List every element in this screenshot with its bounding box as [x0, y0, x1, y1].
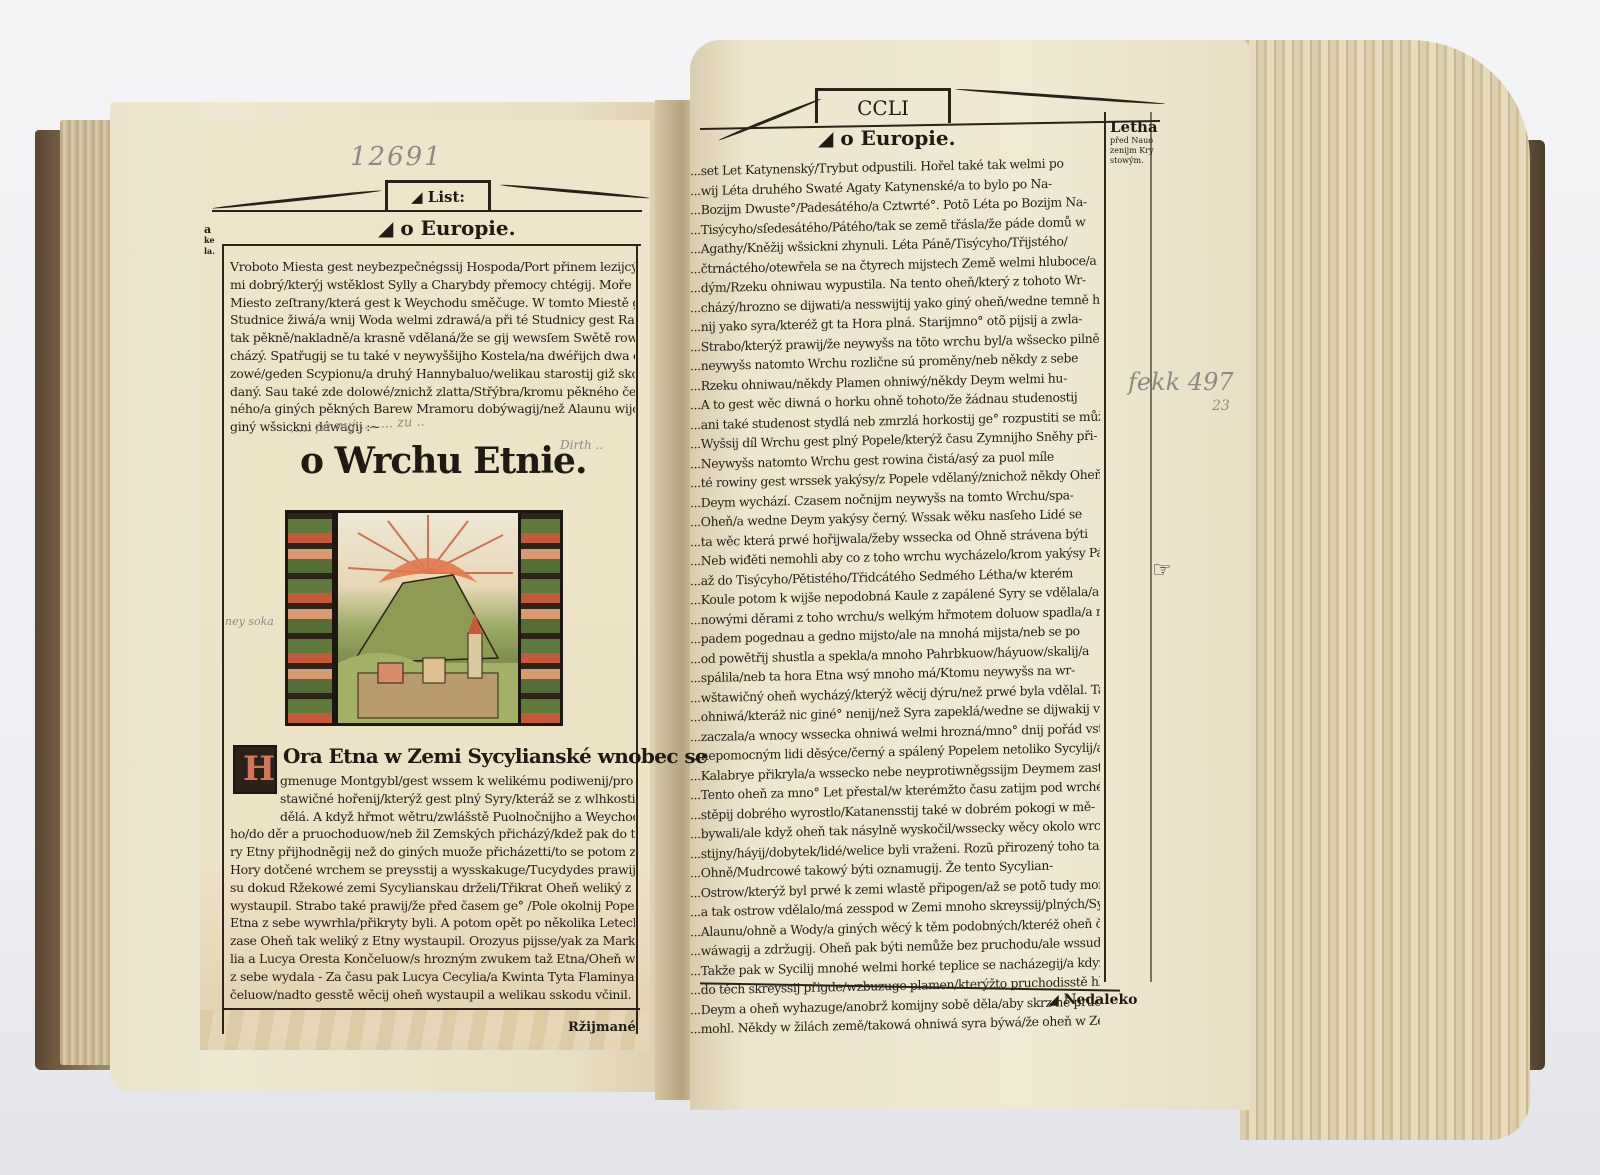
woodcut-etna-illustration	[335, 510, 521, 726]
chapter-text-block: gmenuge Montgybl/gest wssem k welikému p…	[230, 772, 635, 1003]
catchword-left: Ržijmané	[568, 1020, 636, 1035]
chapter-first-line: Ora Etna w Zemi Sycylianské wnobec se	[283, 744, 707, 768]
header-rule	[212, 210, 642, 212]
pencil-margin-note: fekk 497	[1128, 368, 1234, 396]
pencil-shelfmark: 12691	[350, 142, 443, 172]
pointing-hand-icon: ☞	[1152, 558, 1172, 583]
header-label: List:	[428, 188, 465, 206]
right-text-block: ...set Let Katynenský/Trybut odpustili. …	[690, 153, 1100, 1039]
margin-fragment: akela.	[204, 224, 215, 257]
folio-number: CCLI	[857, 96, 909, 120]
paragraph-mark-icon: ◢	[1048, 992, 1059, 1008]
page-edges-right	[1240, 40, 1530, 1140]
text-bottom-rule	[222, 1008, 640, 1010]
ornamental-border-left	[285, 510, 335, 726]
marginal-note: Letha před Nauo zenijm Kry stowým.	[1110, 118, 1155, 166]
folio-number-box: CCLI	[815, 88, 951, 123]
paragraph-mark-icon: ◢	[818, 126, 833, 150]
text-top-rule	[223, 244, 641, 246]
pencil-margin-note-2: 23	[1212, 398, 1230, 414]
right-frame-line	[636, 244, 638, 1034]
catchword-right: ◢ Nedaleko	[1048, 992, 1137, 1008]
volcano-icon	[338, 513, 518, 723]
section-title: o Wrchu Etnie.	[300, 440, 586, 482]
running-head-right: ◢ o Europie.	[818, 126, 956, 150]
left-text-block: Vroboto Miesta gest neybezpečnégssij Hos…	[230, 258, 635, 436]
outer-frame-line	[1150, 112, 1152, 982]
left-frame-line	[222, 244, 224, 1034]
margin-pencil-note: ney soka	[225, 615, 274, 628]
marginal-column-line	[1104, 112, 1106, 982]
header-label-box: ◢ List:	[385, 180, 491, 211]
running-head-left: ◢ o Europie.	[378, 216, 516, 240]
paragraph-mark-icon: ◢	[378, 216, 393, 240]
